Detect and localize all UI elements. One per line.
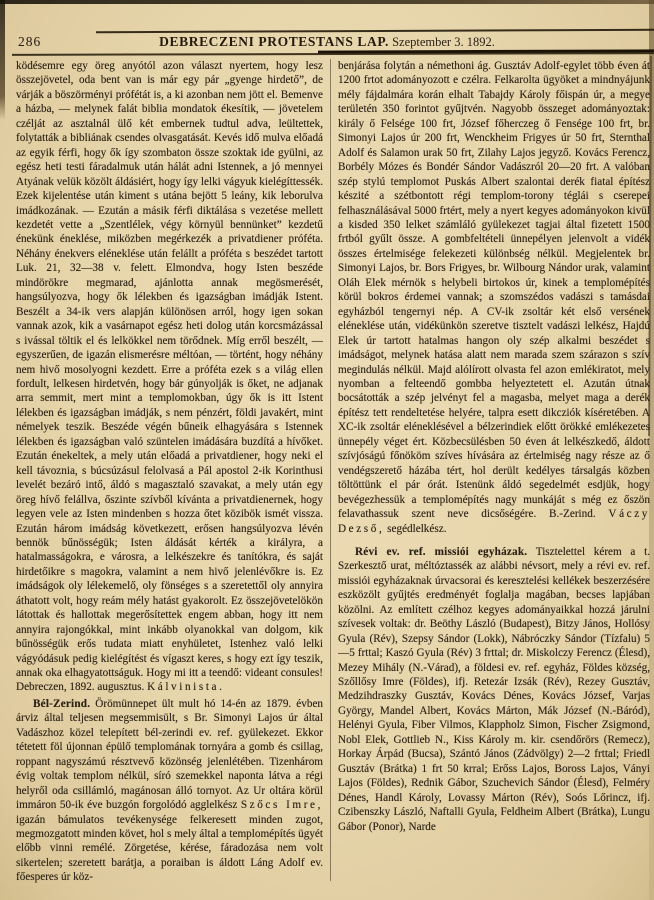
newspaper-page: 286 DEBRECZENI PROTESTANS LAP. Szeptembe… [0,0,654,900]
article-paragraph-continuation: ködésemre egy öreg anyótól azon választ … [16,59,323,695]
paragraph-lead: Bél-Zerind. [33,698,90,710]
column-divider-rule [330,59,331,881]
masthead: DEBRECZENI PROTESTANS LAP. Szeptember 3.… [0,33,654,51]
paragraph-lead: Révi ev. ref. missiói egyházak. [355,546,527,558]
paragraph-text: Tisztelettel kérem a t. Szerkesztő urat,… [338,546,650,833]
paragraph-text: segédlelkész. [384,523,446,535]
scan-edge-top [0,0,654,4]
article-paragraph-bel-zerind: Bél-Zerind. Örömünnepet ült mult hó 14-é… [16,697,323,885]
paragraph-text: igazán bámulatos tevékenysége felkereset… [16,814,323,884]
paragraph-text: Örömünnepet ült mult hó 14-én az 1879. é… [16,698,323,811]
article-paragraph-revi: Révi ev. ref. missiói egyházak. Tisztele… [338,545,650,834]
paragraph-text: ködésemre egy öreg anyótól azon választ … [16,60,323,693]
author-signature: Kálvinista. [147,681,224,693]
right-column: benjárása folytán a némethoni ág. Gusztá… [338,59,650,893]
column-gutter [323,59,338,893]
article-columns: ködésemre egy öreg anyótól azon választ … [16,59,650,893]
masthead-title: DEBRECZENI PROTESTANS LAP. [159,34,389,49]
issue-date: Szeptember 3. 1892. [389,35,495,49]
person-name-spaced: Szőcs Imre, [241,799,323,811]
paragraph-text: benjárása folytán a némethoni ág. Gusztá… [338,60,650,520]
scan-edge-left [0,0,5,120]
header-rule-main [12,52,654,55]
left-column: ködésemre egy öreg anyótól azon választ … [16,59,323,893]
article-paragraph-continuation: benjárása folytán a némethoni ág. Gusztá… [338,59,650,536]
